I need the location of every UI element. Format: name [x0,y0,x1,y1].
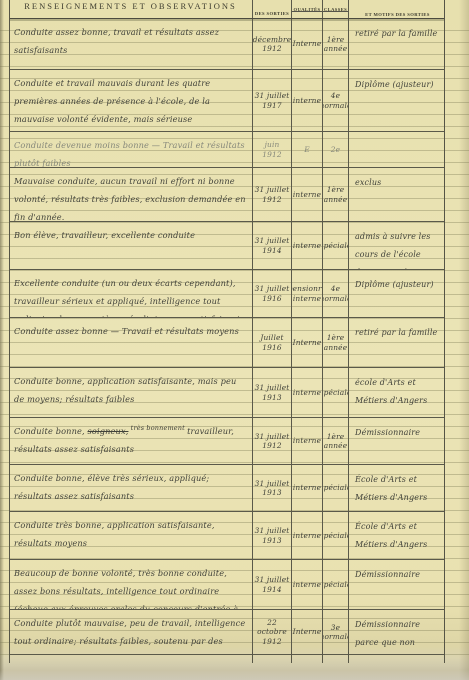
observations-cell: Bon élève, travailleur, excellente condu… [10,222,253,269]
rule-stub [252,652,253,663]
classe-cell: spéciale [323,368,349,417]
classe-cell: spéciale [323,560,349,609]
qualite-cell: interne [292,168,323,221]
qualite-cell: E [292,132,323,167]
observations-cell: Conduite bonne, élève très sérieux, appl… [10,465,253,511]
observations-cell: Excellente conduite (un ou deux écarts c… [10,270,253,317]
classe-cell: 1ère année [323,19,349,69]
motif-sortie-cell: Démissionnaire parce que non admis en sp… [349,610,444,654]
observations-cell: Conduite assez bonne, travail et résulta… [10,19,253,69]
table-row: Mauvaise conduite, aucun travail ni effo… [10,168,444,222]
table-row: Conduite et travail mauvais durant les q… [10,70,444,132]
date-sortie-cell: Juillet 1916 [253,318,292,367]
header-observations: RENSEIGNEMENTS ET OBSERVATIONS [10,0,253,18]
date-sortie-cell: 22 octobre 1912 [253,610,292,654]
motif-sortie-cell: retiré par la famille [349,318,444,367]
motif-sortie-cell: école d'Arts et Métiers d'Angers [349,368,444,417]
qualite-cell: interne [292,368,323,417]
observations-cell: Mauvaise conduite, aucun travail ni effo… [10,168,253,221]
table-row: Conduite devenue moins bonne — Travail e… [10,132,444,168]
classe-cell: 1ère année [323,318,349,367]
date-sortie-cell: 31 juillet 1913 [253,512,292,559]
rule-stub [444,652,445,663]
motif-sortie-cell: admis à suivre les cours de l'école d'Ar… [349,222,444,269]
observations-cell: Conduite très bonne, application satisfa… [10,512,253,559]
table-row: Conduite bonne, application satisfaisant… [10,368,444,418]
table-header-row: RENSEIGNEMENTS ET OBSERVATIONS DES SORTI… [10,0,444,19]
classe-cell: 4e normale [323,70,349,131]
qualite-cell: interne [292,418,323,464]
classe-cell: 1ère année [323,168,349,221]
date-sortie-cell: 31 juillet 1917 [253,70,292,131]
classe-cell: 4e normale [323,270,349,317]
motif-sortie-cell: École d'Arts et Métiers d'Angers [349,512,444,559]
classe-cell: 1ère année [323,418,349,464]
observations-cell: Conduite assez bonne — Travail et résult… [10,318,253,367]
classe-cell: spéciale [323,512,349,559]
register-page: RENSEIGNEMENTS ET OBSERVATIONS DES SORTI… [0,0,469,680]
observations-cell: Conduite et travail mauvais durant les q… [10,70,253,131]
page-edge-shadow [0,658,469,680]
qualite-cell: Interne [292,318,323,367]
motif-sortie-cell: École d'Arts et Métiers d'Angers [349,465,444,511]
table-row: Excellente conduite (un ou deux écarts c… [10,270,444,318]
date-sortie-cell: 31 juillet 1914 [253,560,292,609]
observations-cell: Beaucoup de bonne volonté, très bonne co… [10,560,253,609]
observations-cell: Conduite devenue moins bonne — Travail e… [10,132,253,167]
table-row: Conduite plutôt mauvaise, peu de travail… [10,610,444,655]
motif-sortie-cell: Démissionnaire [349,418,444,464]
observations-cell: Conduite bonne, soigneux, très bonnement… [10,418,253,464]
classe-cell: 2e [323,132,349,167]
qualite-cell: interne [292,70,323,131]
observations-cell: Conduite plutôt mauvaise, peu de travail… [10,610,253,654]
date-sortie-cell: 31 juillet 1913 [253,465,292,511]
header-classes: CLASSES [323,0,349,18]
rule-stub [348,652,349,663]
qualite-cell: interne [292,560,323,609]
classe-cell: 3e normale [323,610,349,654]
table-row: Beaucoup de bonne volonté, très bonne co… [10,560,444,610]
table-row: Conduite assez bonne, travail et résulta… [10,19,444,70]
table-row: Conduite assez bonne — Travail et résult… [10,318,444,368]
date-sortie-cell: 31 juillet 1913 [253,368,292,417]
observations-cell: Conduite bonne, application satisfaisant… [10,368,253,417]
motif-sortie-cell: retiré par la famille [349,19,444,69]
qualite-cell: interne [292,222,323,269]
table-row: Conduite très bonne, application satisfa… [10,512,444,560]
date-sortie-cell: 31 juillet 1916 [253,270,292,317]
motif-sortie-cell: Diplôme (ajusteur) [349,70,444,131]
qualite-cell: Interne [292,19,323,69]
date-sortie-cell: juin 1912 [253,132,292,167]
motif-sortie-cell: exclus [349,168,444,221]
page-title: RENSEIGNEMENTS ET OBSERVATIONS [14,1,247,11]
date-sortie-cell: 31 juillet 1914 [253,222,292,269]
rule-stub [322,652,323,663]
table-row: Conduite bonne, soigneux, très bonnement… [10,418,444,465]
rule-stub [9,652,10,663]
date-sortie-cell: 31 juillet 1912 [253,168,292,221]
table-body: Conduite assez bonne, travail et résulta… [10,19,444,655]
header-dates-sorties: DES SORTIES [253,0,292,18]
motif-sortie-cell: Démissionnaire [349,560,444,609]
classe-cell: spéciale [323,222,349,269]
date-sortie-cell: 31 juillet 1912 [253,418,292,464]
table-row: Bon élève, travailleur, excellente condu… [10,222,444,270]
qualite-cell: Interne [292,610,323,654]
header-qualites: QUALITÉS [292,0,323,18]
header-motifs-sorties: ET MOTIFS DES SORTIES [349,0,444,18]
qualite-cell: interne [292,465,323,511]
qualite-cell: pensionre interne [292,270,323,317]
register-table: RENSEIGNEMENTS ET OBSERVATIONS DES SORTI… [9,0,445,656]
table-row: Conduite bonne, élève très sérieux, appl… [10,465,444,512]
date-sortie-cell: décembre 1912 [253,19,292,69]
classe-cell: spéciale [323,465,349,511]
rule-stub [291,652,292,663]
motif-sortie-cell: Diplôme (ajusteur) [349,270,444,317]
qualite-cell: interne [292,512,323,559]
motif-sortie-cell [349,132,444,167]
